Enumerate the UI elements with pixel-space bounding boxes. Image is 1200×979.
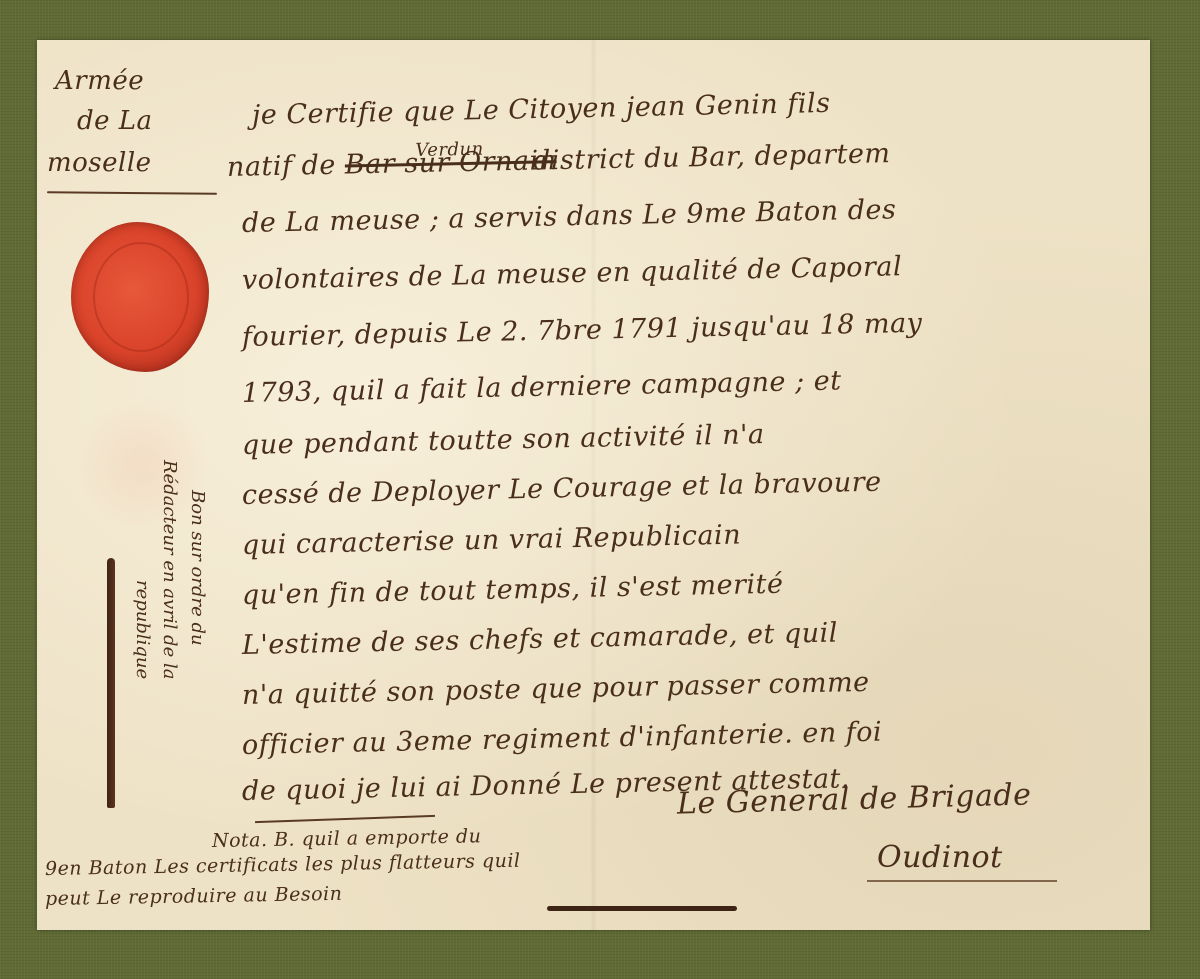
native-of-label: natif de [227, 150, 336, 183]
body-line-6: 1793, quil a fait la derniere campagne ;… [242, 365, 842, 409]
body-line-8: cessé de Deployer Le Courage et la bravo… [242, 467, 882, 511]
signature-underline [867, 880, 1057, 882]
document-paper: Armée de La moselle je Certifie que Le C… [37, 40, 1150, 930]
district-text: district du Bar, departem [533, 138, 891, 176]
body-line-2: natif de Bar sur Ornain Verdun district … [227, 138, 891, 183]
inserted-place-name: Verdun [415, 139, 484, 161]
nota-bene-line-2: 9en Baton Les certificats les plus flatt… [45, 850, 521, 880]
heading-line-de-la: de La [77, 98, 153, 144]
heading-line-moselle: moselle [47, 140, 152, 186]
body-line-7: que pendant toutte son activité il n'a [242, 419, 765, 461]
margin-note-line-3: republique [132, 580, 153, 679]
signature-name: Oudinot [877, 840, 1003, 875]
body-line-10: qu'en fin de tout temps, il s'est merité [242, 569, 784, 611]
margin-note-line-1: Bon sur ordre du [187, 490, 208, 646]
body-line-9: qui caracterise un vrai Republicain [242, 520, 742, 561]
seal-impression [93, 242, 189, 352]
body-line-13: officier au 3eme regiment d'infanterie. … [242, 717, 883, 761]
margin-ink-stroke [107, 558, 115, 808]
body-line-4: volontaires de La meuse en qualité de Ca… [242, 251, 903, 296]
nota-bene-line-3: peut Le reproduire au Besoin [45, 883, 343, 910]
body-line-12: n'a quitté son poste que pour passer com… [242, 667, 870, 711]
body-line-11: L'estime de ses chefs et camarade, et qu… [242, 618, 839, 661]
heading-underline [47, 191, 217, 194]
body-line-3: de La meuse ; a servis dans Le 9me Baton… [242, 194, 897, 239]
body-line-1: je Certifie que Le Citoyen jean Genin fi… [252, 88, 831, 131]
nota-bene-underline [547, 906, 737, 911]
closing-flourish [255, 815, 435, 823]
nota-bene-line-1: Nota. B. quil a emporte du [212, 825, 482, 852]
wax-seal-icon [71, 222, 209, 372]
body-line-5: fourier, depuis Le 2. 7bre 1791 jusqu'au… [242, 308, 923, 353]
margin-note-line-2: Rédacteur en avril de la [159, 460, 180, 679]
